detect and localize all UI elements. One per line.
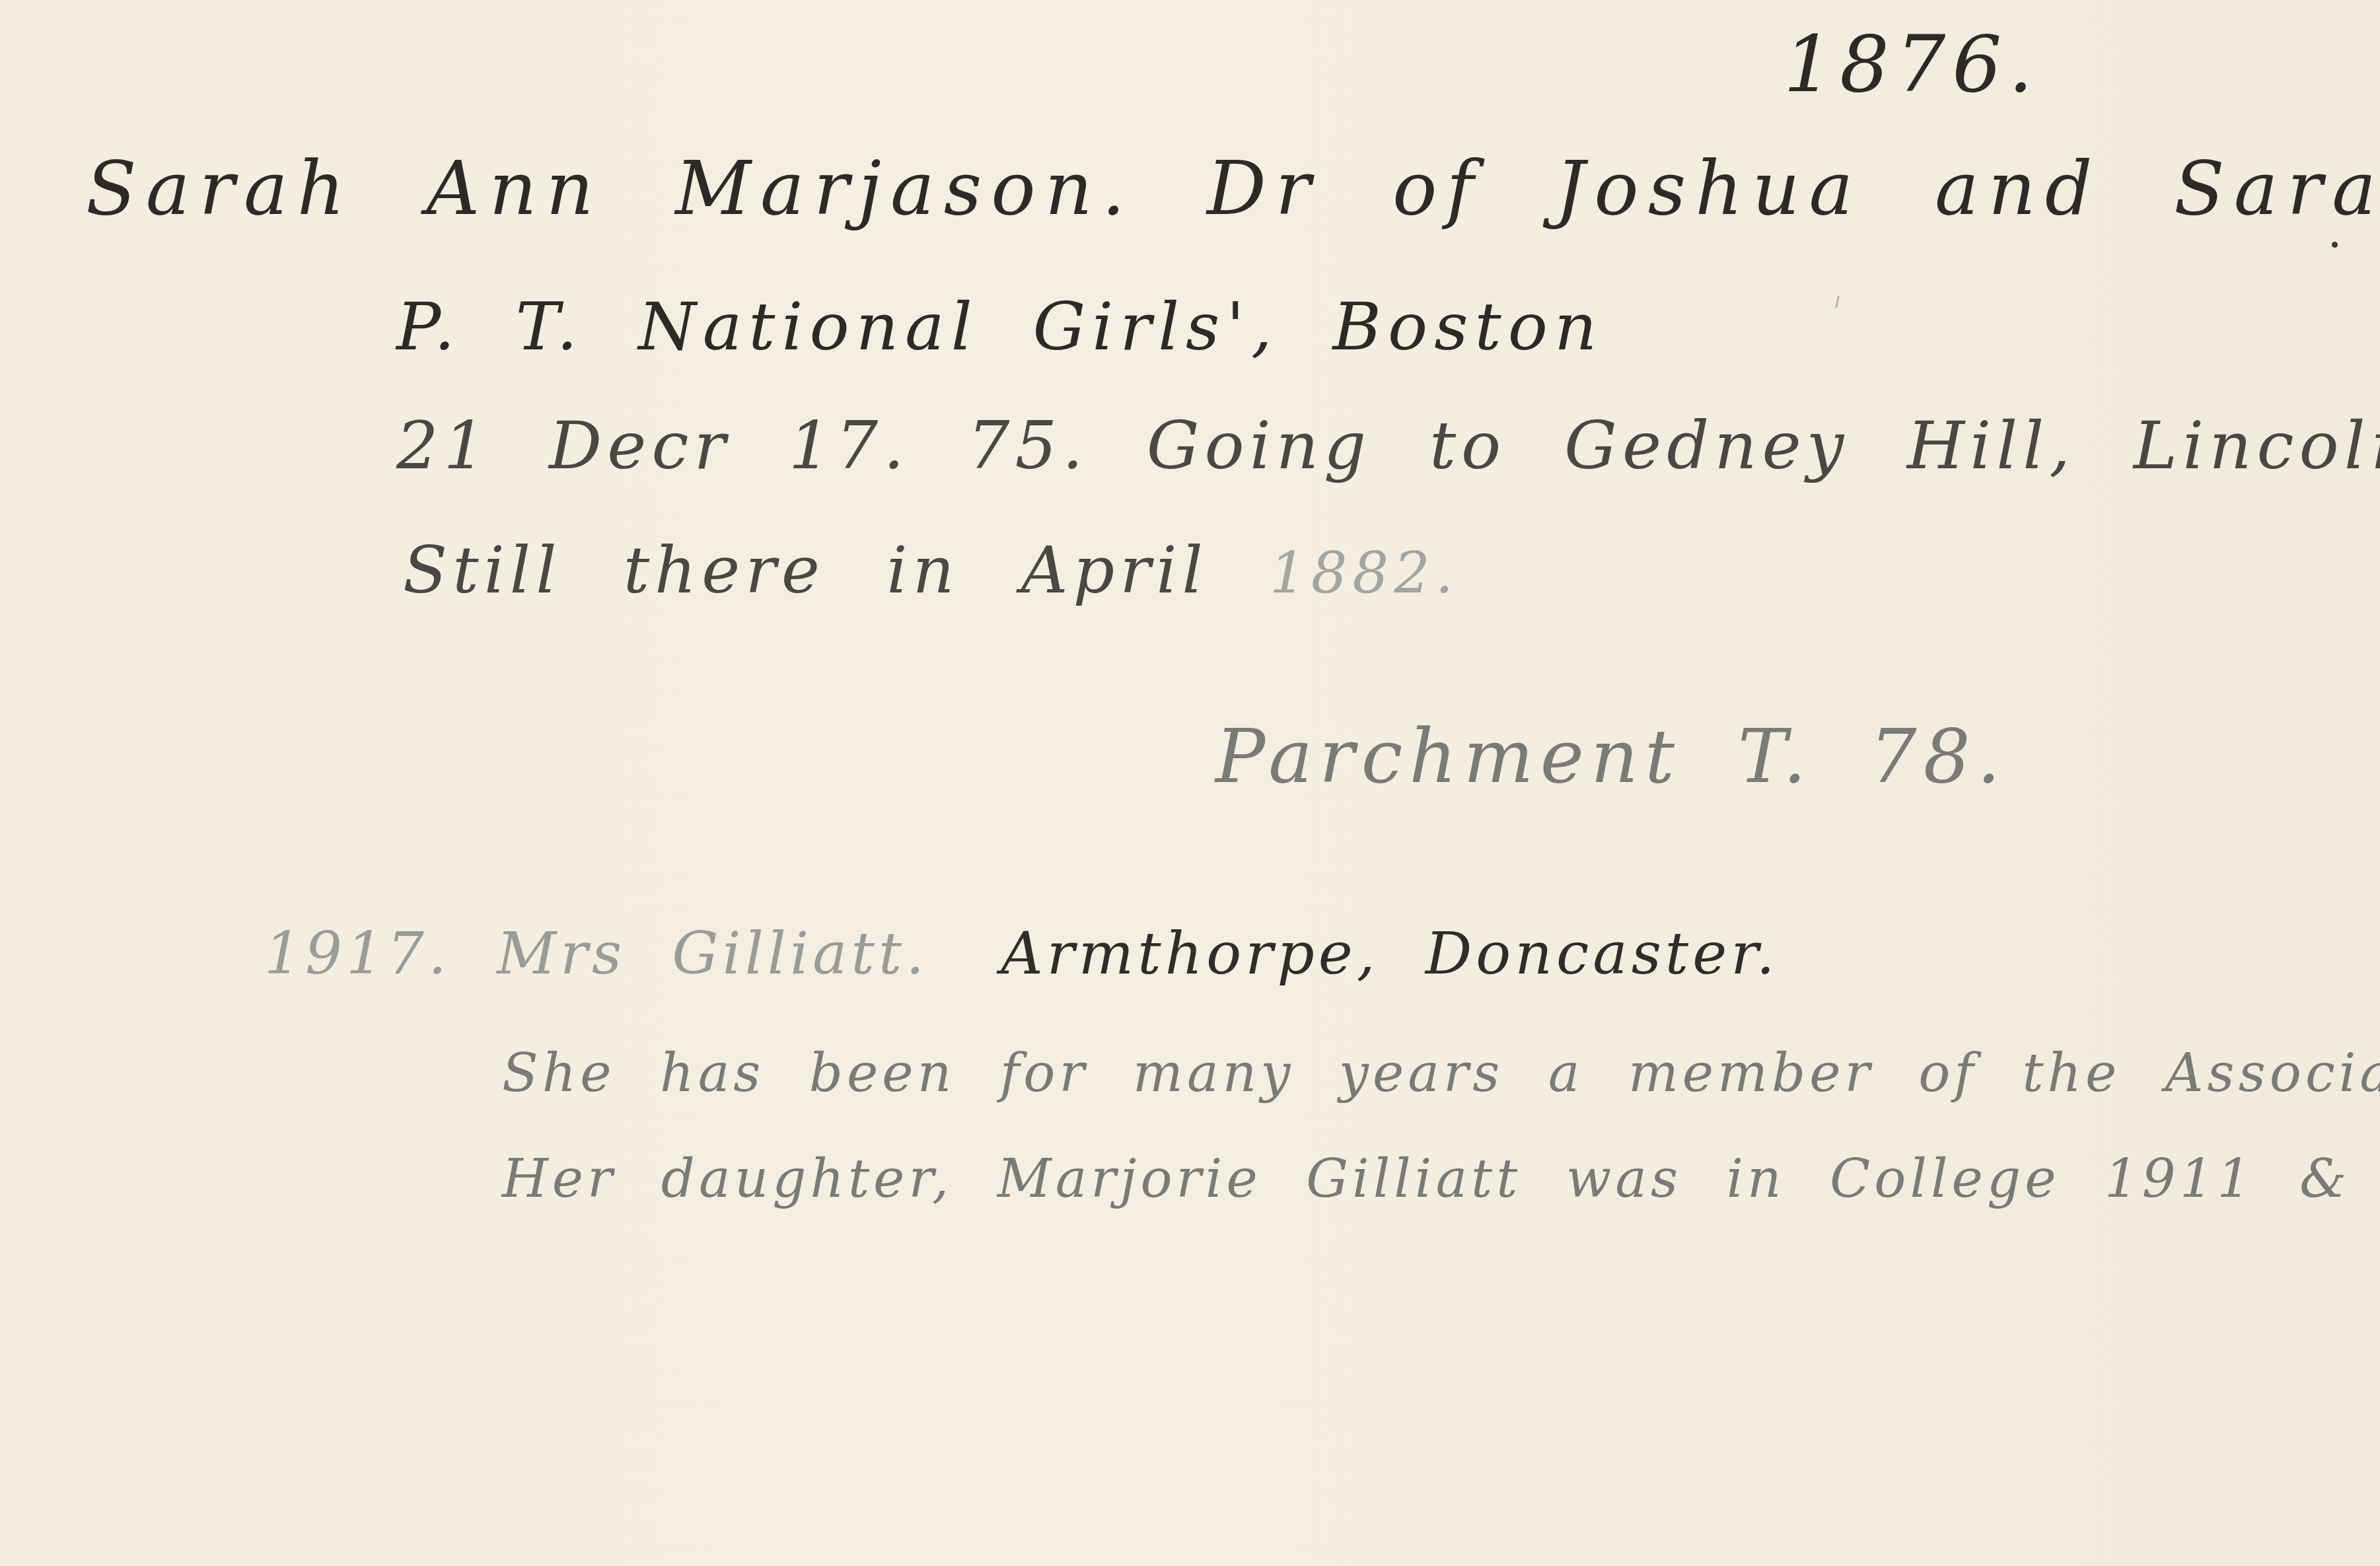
later-note-daughter-line: Her daughter, Marjorie Gilliatt was in C…	[502, 1153, 2380, 1205]
ink-dot	[2332, 242, 2338, 248]
entry-date-line: 21 Decr 17. 75. Going to Gedney Hill, Li…	[396, 413, 2380, 479]
register-page: 1876. Sarah Ann Marjason. Dr of Joshua a…	[0, 0, 2380, 1566]
entry-still-there-line: Still there in April 1882.	[403, 538, 1459, 603]
year-heading: 1876.	[1784, 25, 2040, 103]
ink-mark	[1835, 296, 1840, 308]
later-note-member-line: She has been for many years a member of …	[502, 1047, 2380, 1100]
later-note-year-name: 1917. Mrs Gilliatt.	[264, 919, 928, 987]
entry-name-line: Sarah Ann Marjason. Dr of Joshua and Sar…	[86, 152, 2380, 226]
parchment-note: Parchment T. 78.	[1215, 720, 2007, 794]
later-note-address: Armthorpe, Doncaster.	[1001, 919, 1778, 987]
entry-school-line: P. T. National Girls', Boston	[396, 294, 1603, 360]
still-there-year: 1882.	[1270, 540, 1459, 606]
still-there-text: Still there in April	[403, 533, 1208, 608]
later-note-heading: 1917. Mrs Gilliatt. Armthorpe, Doncaster…	[264, 925, 1779, 983]
